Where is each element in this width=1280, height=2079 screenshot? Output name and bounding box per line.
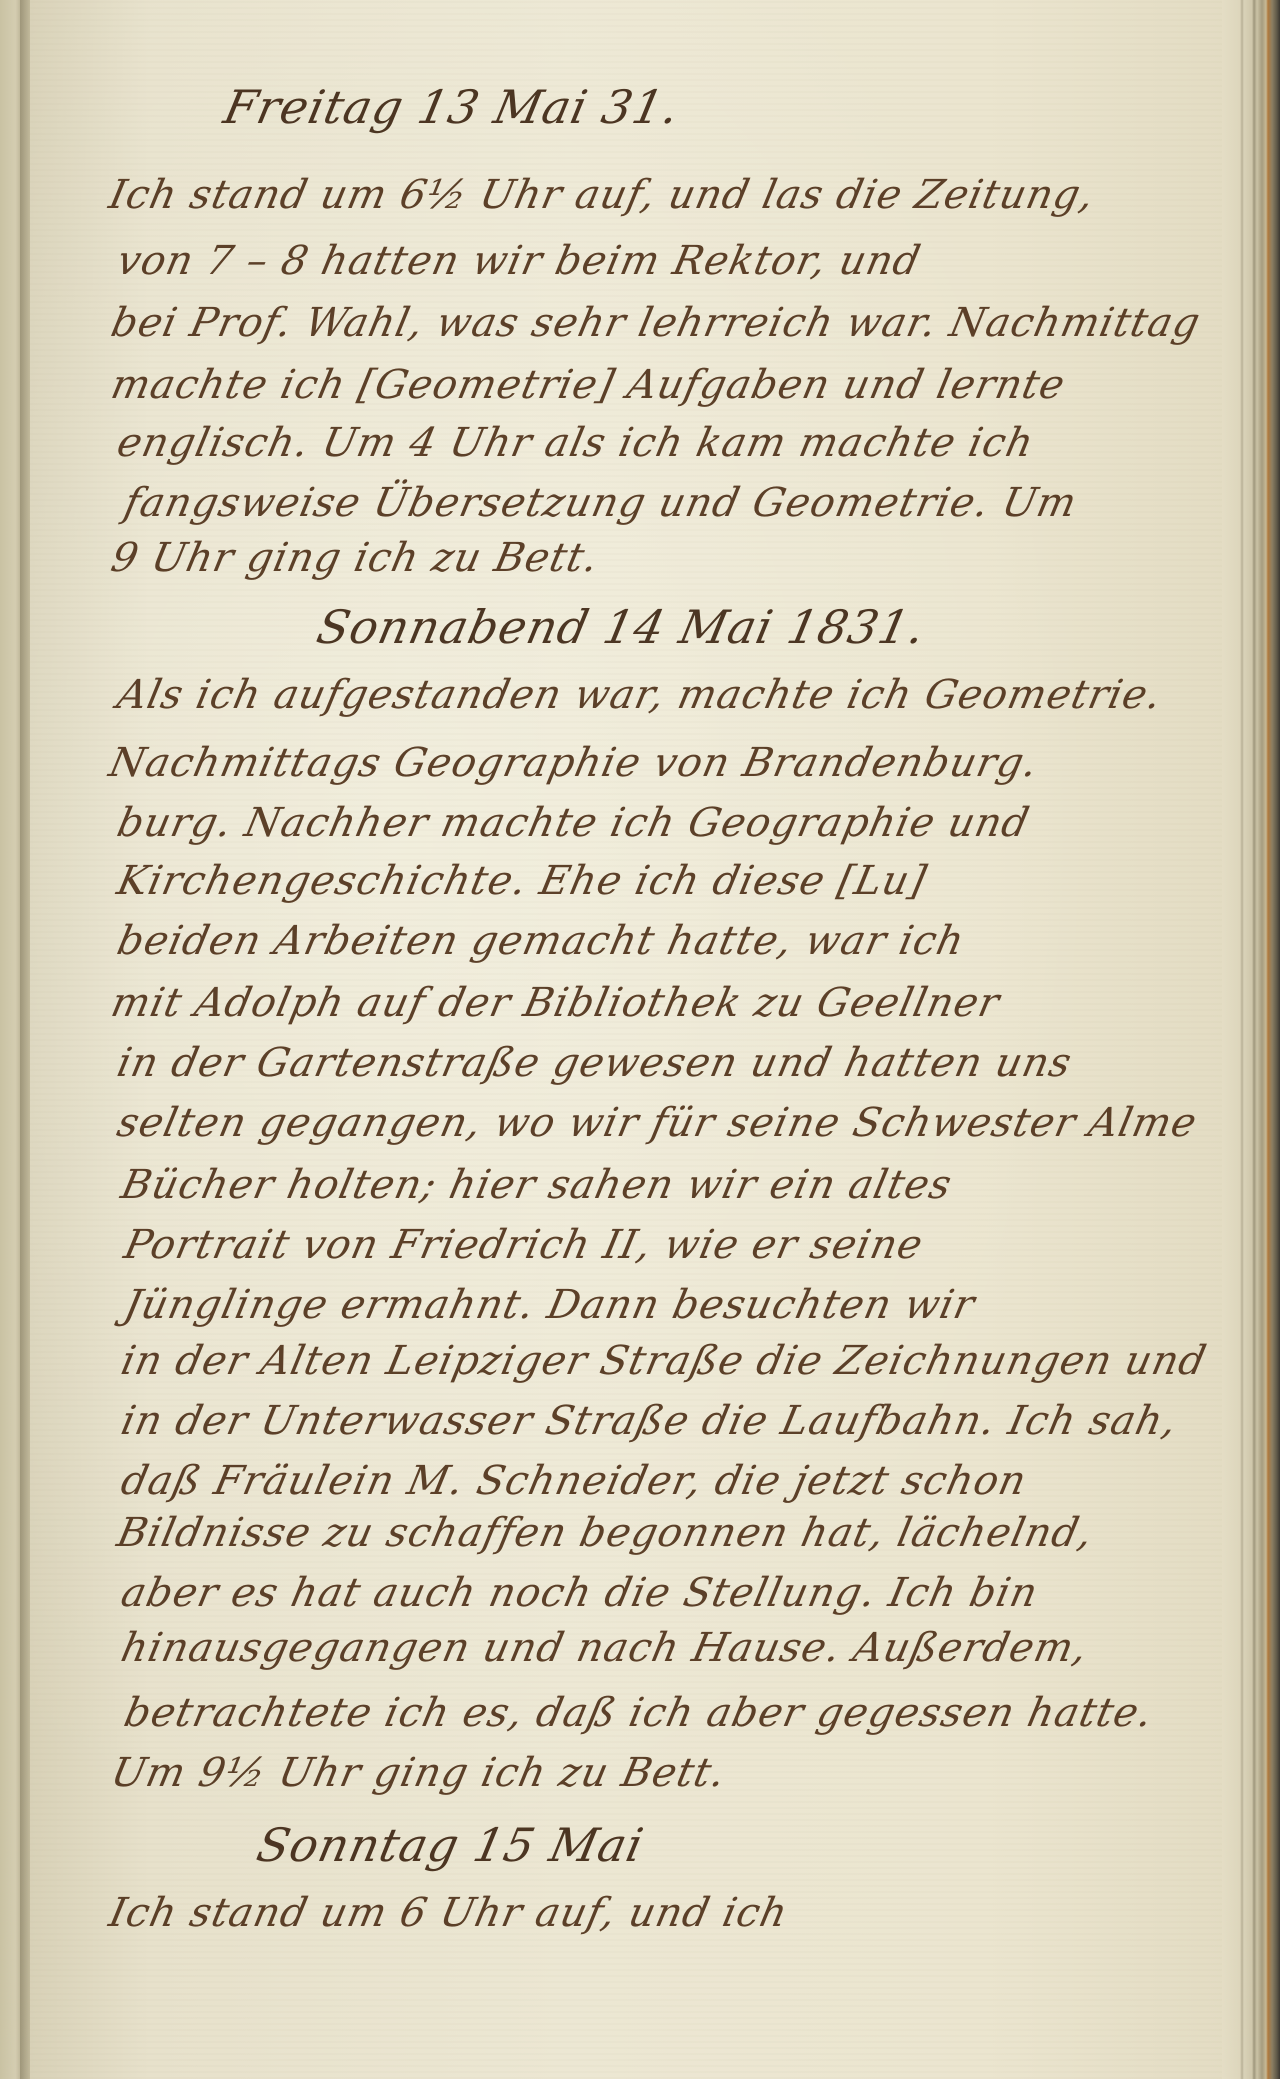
text-line: daß Fräulein M. Schneider, die jetzt sch… — [117, 1458, 1031, 1504]
text-line: in der Unterwasser Straße die Laufbahn. … — [117, 1398, 1181, 1444]
text-line: Nachmittags Geographie von Brandenburg. — [105, 740, 1042, 786]
text-line: fangsweise Übersetzung und Geometrie. Um — [120, 480, 1081, 526]
text-line: aber es hat auch noch die Stellung. Ich … — [117, 1570, 1042, 1616]
entry-heading: Freitag 13 Mai 31. — [219, 80, 684, 134]
text-line: Bücher holten; hier sahen wir ein altes — [117, 1162, 956, 1208]
text-line: Bildnisse zu schaffen begonnen hat, läch… — [113, 1510, 1097, 1556]
text-line: hinausgegangen und nach Hause. Außerdem, — [117, 1625, 1092, 1671]
text-line: Kirchengeschichte. Ehe ich diese [Lu] — [113, 858, 931, 904]
text-line: bei Prof. Wahl, was sehr lehrreich war. … — [107, 300, 1204, 346]
text-line: Als ich aufgestanden war, machte ich Geo… — [113, 672, 1166, 718]
text-line: selten gegangen, wo wir für seine Schwes… — [113, 1100, 1201, 1146]
text-line: Jünglinge ermahnt. Dann besuchten wir — [120, 1282, 979, 1328]
text-line: von 7 – 8 hatten wir beim Rektor, und — [113, 238, 925, 284]
text-line: in der Alten Leipziger Straße die Zeichn… — [117, 1338, 1211, 1384]
text-line: Ich stand um 6 Uhr auf, und ich — [105, 1890, 792, 1936]
text-line: burg. Nachher machte ich Geographie und — [113, 800, 1034, 846]
entry-heading: Sonnabend 14 Mai 1831. — [312, 600, 930, 654]
entry-heading: Sonntag 15 Mai — [252, 1818, 648, 1872]
text-line: englisch. Um 4 Uhr als ich kam machte ic… — [113, 420, 1038, 466]
text-line: Um 9½ Uhr ging ich zu Bett. — [107, 1750, 730, 1796]
text-line: machte ich [Geometrie] Aufgaben und lern… — [107, 362, 1069, 408]
text-line: Portrait von Friedrich II, wie er seine — [120, 1222, 927, 1268]
text-line: beiden Arbeiten gemacht hatte, war ich — [113, 918, 969, 964]
text-line: betrachtete ich es, daß ich aber gegesse… — [120, 1690, 1157, 1736]
text-line: Ich stand um 6½ Uhr auf, und las die Zei… — [105, 172, 1099, 218]
text-line: mit Adolph auf der Bibliothek zu Geellne… — [107, 980, 1004, 1026]
handwritten-text: Freitag 13 Mai 31. Ich stand um 6½ Uhr a… — [0, 0, 1280, 2079]
text-line: in der Gartenstraße gewesen und hatten u… — [113, 1040, 1076, 1086]
text-line: 9 Uhr ging ich zu Bett. — [107, 535, 603, 581]
